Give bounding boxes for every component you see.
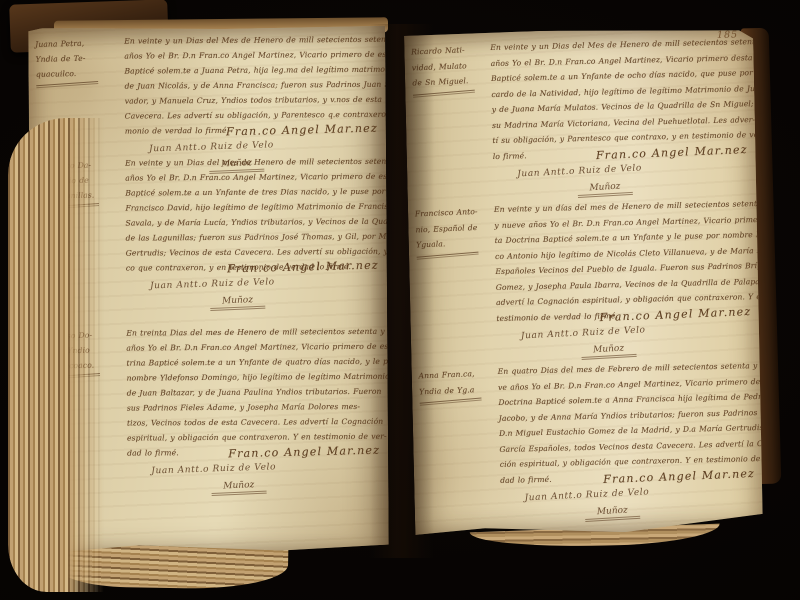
entry-body: En veinte y un Dias del mes de Henero de…: [125, 154, 381, 311]
manuscript-line: de las Lagunillas; fueron sus Padrinos J…: [126, 229, 381, 246]
baptism-entry: Anna Fran.ca,Yndia de Yg.a En quatro Dia…: [420, 358, 759, 525]
manuscript-line: Bapticé solem.te a un Ynfante de tres Di…: [125, 184, 380, 201]
signature-rubric: Muñoz: [577, 181, 633, 198]
manuscript-line: de Sn Miguel.: [412, 73, 485, 91]
manuscript-line: Yndia de Yg.a: [419, 381, 492, 399]
margin-note: Anna Fran.ca,Yndia de Yg.a: [418, 364, 496, 526]
entry-body: En quatro Dias del mes de Febrero de mil…: [498, 358, 759, 523]
manuscript-line: Savala, y de María Lucía, Yndios tributa…: [125, 214, 380, 231]
manuscript-line: tizos, Vecinos todos de esta Cavecera. L…: [127, 414, 382, 431]
signature-rubric: Muñoz: [211, 480, 267, 496]
witness-signature: Juan Antt.o Ruiz de Velo: [150, 274, 381, 292]
entry-body: En veinte y un días del mes de Henero de…: [494, 196, 755, 361]
manuscript-line: Francisco David, hijo legítimo de legíti…: [125, 199, 380, 216]
manuscript-line: En veinte y un Dias del mes de Henero de…: [125, 154, 380, 171]
manuscript-line: nombre Yldefonso Domingo, hijo legítimo …: [127, 369, 382, 386]
witness-signature: Juan Antt.o Ruiz de Velo: [151, 459, 382, 477]
manuscript-line: de Juan Baltazar, y de Juana Paulina Ynd…: [127, 384, 382, 401]
manuscript-line: años Yo el Br. D.n Fran.co Angel Martine…: [125, 169, 380, 186]
witness-signature: Juan Antt.o Ruiz de Velo: [149, 137, 380, 155]
signature-rubric: Muñoz: [581, 343, 637, 360]
stacked-page-edges-left: [8, 118, 104, 592]
margin-note: Ricardo Nati-vidad, Mulatode Sn Miguel.: [411, 40, 489, 202]
baptism-entry: Ricardo Nati-vidad, Mulatode Sn Miguel. …: [412, 34, 751, 201]
manuscript-line: quacuilco.: [36, 65, 118, 82]
entry-text: En treinta Dias del mes de Henero de mil…: [126, 324, 382, 461]
manuscript-line: En treinta Dias del mes de Henero de mil…: [126, 324, 381, 341]
signature-rubric: Muñoz: [585, 505, 641, 522]
margin-note: Francisco Anto-nio, Español deYguala.: [414, 202, 492, 364]
entry-body: En treinta Dias del mes de Henero de mil…: [126, 324, 382, 496]
manuscript-line: nio, Español de: [415, 219, 488, 237]
manuscript-photo: Juana Petra,Yndia de Te-quacuilco. En ve…: [0, 0, 800, 600]
manuscript-line: sus Padrinos Fieles Adame, y Josepha Mar…: [127, 399, 382, 416]
right-page: 185 Ricardo Nati-vidad, Mulatode Sn Migu…: [404, 26, 764, 537]
manuscript-line: Yguala.: [416, 235, 489, 253]
entry-body: En veinte y un Dias del Mes de Henero de…: [124, 32, 380, 174]
manuscript-line: años Yo el Br. D.n Fran.co Angel Martine…: [126, 339, 381, 356]
manuscript-line: espiritual, y obligación que contraxeron…: [127, 429, 382, 446]
entry-text: En veinte y un Dias del mes de Henero de…: [125, 154, 381, 276]
manuscript-line: Cavecera. Les advertí su obligación, y P…: [125, 107, 380, 124]
baptism-entry: Francisco Anto-nio, Español deYguala. En…: [416, 196, 755, 363]
signature-rubric: Muñoz: [210, 295, 266, 311]
manuscript-line: Gertrudis; Vecinos de esta Cavecera. Les…: [126, 244, 381, 261]
entry-body: En veinte y un Dias del Mes de Henero de…: [490, 34, 751, 199]
manuscript-line: trina Bapticé solem.te a un Ynfante de q…: [126, 354, 381, 371]
